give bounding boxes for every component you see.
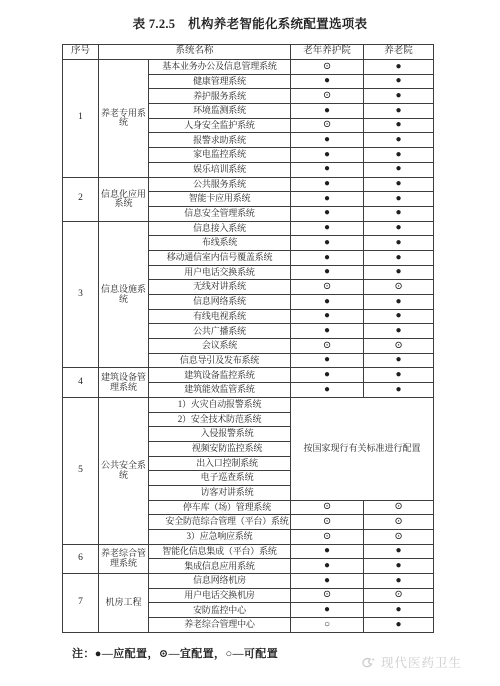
group-name-cell: 养老综合管理系统: [99, 544, 149, 573]
config-symbol-cell: ●: [364, 603, 434, 618]
config-symbol-cell: ●: [364, 265, 434, 280]
system-name-cell: 人身安全监护系统: [149, 118, 291, 133]
table-row: 4建筑设备管理系统建筑设备监控系统●●: [63, 368, 434, 383]
system-name-cell: 2）安全技术防范系统: [149, 412, 291, 427]
table-row: 5公共安全系统1）火灾自动报警系统按国家现行有关标准进行配置: [63, 397, 434, 412]
system-name-cell: 信息接入系统: [149, 221, 291, 236]
config-symbol-cell: ⊙: [291, 280, 364, 295]
config-symbol-cell: ●: [364, 368, 434, 383]
config-symbol-cell: ●: [364, 309, 434, 324]
config-symbol-cell: ⊙: [291, 339, 364, 354]
config-symbol-cell: ⊙: [364, 339, 434, 354]
row-number-cell: 2: [63, 177, 99, 221]
system-name-cell: 电子巡查系统: [149, 471, 291, 486]
system-name-cell: 视频安防监控系统: [149, 441, 291, 456]
config-symbol-cell: ●: [291, 162, 364, 177]
system-name-cell: 布线系统: [149, 236, 291, 251]
config-symbol-cell: ●: [291, 295, 364, 310]
row-number-cell: 1: [63, 60, 99, 178]
config-symbol-cell: ○: [291, 618, 364, 633]
system-name-cell: 无线对讲系统: [149, 280, 291, 295]
system-name-cell: 用户电话交换机房: [149, 588, 291, 603]
config-symbol-cell: ⊙: [364, 588, 434, 603]
group-name-cell: 公共安全系统: [99, 397, 149, 544]
config-symbol-cell: ⊙: [291, 515, 364, 530]
row-number-cell: 5: [63, 397, 99, 544]
system-name-cell: 有线电视系统: [149, 309, 291, 324]
config-symbol-cell: ●: [291, 603, 364, 618]
table-header: 序号 系统名称 老年养护院 养老院: [63, 45, 434, 60]
config-symbol-cell: ⊙: [291, 89, 364, 104]
config-symbol-cell: ●: [291, 236, 364, 251]
system-name-cell: 健康管理系统: [149, 74, 291, 89]
row-number-cell: 6: [63, 544, 99, 573]
table-row: 1养老专用系统基本业务办公及信息管理系统⊙●: [63, 60, 434, 75]
config-symbol-cell: ⊙: [364, 280, 434, 295]
group-name-cell: 信息设施系统: [99, 221, 149, 368]
system-name-cell: 公共服务系统: [149, 177, 291, 192]
config-symbol-cell: ⊙: [291, 530, 364, 545]
config-symbol-cell: ⊙: [291, 588, 364, 603]
system-name-cell: 基本业务办公及信息管理系统: [149, 60, 291, 75]
config-symbol-cell: ●: [291, 133, 364, 148]
config-symbol-cell: ●: [364, 221, 434, 236]
config-symbol-cell: ●: [364, 89, 434, 104]
system-name-cell: 建筑能效监管系统: [149, 383, 291, 398]
system-name-cell: 3）应急响应系统: [149, 530, 291, 545]
system-name-cell: 公共广播系统: [149, 324, 291, 339]
table-row: 6养老综合管理系统智能化信息集成（平台）系统●●: [63, 544, 434, 559]
config-symbol-cell: ●: [291, 148, 364, 163]
config-symbol-cell: ●: [364, 206, 434, 221]
config-symbol-cell: ●: [364, 250, 434, 265]
system-name-cell: 停车库（场）管理系统: [149, 500, 291, 515]
system-name-cell: 出入口控制系统: [149, 456, 291, 471]
config-symbol-cell: ⊙: [291, 118, 364, 133]
system-name-cell: 安防监控中心: [149, 603, 291, 618]
system-name-cell: 智能卡应用系统: [149, 192, 291, 207]
page-title: 表 7.2.5 机构养老智能化系统配置选项表: [0, 14, 500, 32]
config-symbol-cell: ●: [364, 618, 434, 633]
config-symbol-cell: ●: [291, 74, 364, 89]
merged-note-cell: 按国家现行有关标准进行配置: [291, 397, 434, 500]
group-name-cell: 信息化应用系统: [99, 177, 149, 221]
config-symbol-cell: ●: [364, 118, 434, 133]
header-nursing-home: 养老院: [364, 45, 434, 60]
config-symbol-cell: ⊙: [291, 60, 364, 75]
config-symbol-cell: ●: [291, 544, 364, 559]
config-symbol-cell: ●: [364, 383, 434, 398]
row-number-cell: 7: [63, 574, 99, 633]
config-table: 序号 系统名称 老年养护院 养老院 1养老专用系统基本业务办公及信息管理系统⊙●…: [62, 44, 434, 633]
config-symbol-cell: ●: [291, 383, 364, 398]
system-name-cell: 娱乐培训系统: [149, 162, 291, 177]
config-symbol-cell: ●: [364, 177, 434, 192]
watermark-text: 现代医药卫生: [381, 653, 462, 671]
watermark: 现代医药卫生: [360, 653, 462, 671]
table-row: 3信息设施系统信息接入系统●●: [63, 221, 434, 236]
config-symbol-cell: ●: [364, 148, 434, 163]
config-symbol-cell: ●: [364, 324, 434, 339]
config-symbol-cell: ●: [364, 104, 434, 119]
config-symbol-cell: ●: [291, 368, 364, 383]
group-name-cell: 建筑设备管理系统: [99, 368, 149, 397]
config-symbol-cell: ●: [364, 74, 434, 89]
system-name-cell: 养老综合管理中心: [149, 618, 291, 633]
config-table-body: 1养老专用系统基本业务办公及信息管理系统⊙●健康管理系统●●养护服务系统⊙●环境…: [63, 60, 434, 633]
config-symbol-cell: ⊙: [364, 530, 434, 545]
group-name-cell: 养老专用系统: [99, 60, 149, 178]
system-name-cell: 信息网络系统: [149, 295, 291, 310]
system-name-cell: 访客对讲系统: [149, 485, 291, 500]
system-name-cell: 信息导引及发布系统: [149, 353, 291, 368]
legend-note: 注：●—应配置，⊙—宜配置，○—可配置: [72, 645, 278, 661]
header-system-name: 系统名称: [99, 45, 291, 60]
header-elderly-care-home: 老年养护院: [291, 45, 364, 60]
system-name-cell: 报警求助系统: [149, 133, 291, 148]
config-symbol-cell: ●: [291, 353, 364, 368]
config-symbol-cell: ●: [291, 104, 364, 119]
table-row: 7机房工程信息网络机房●●: [63, 574, 434, 589]
config-symbol-cell: ●: [364, 353, 434, 368]
config-symbol-cell: ●: [364, 236, 434, 251]
config-symbol-cell: ●: [364, 162, 434, 177]
config-symbol-cell: ●: [291, 177, 364, 192]
header-no: 序号: [63, 45, 99, 60]
system-name-cell: 智能化信息集成（平台）系统: [149, 544, 291, 559]
system-name-cell: 会议系统: [149, 339, 291, 354]
system-name-cell: 建筑设备监控系统: [149, 368, 291, 383]
config-symbol-cell: ●: [364, 559, 434, 574]
system-name-cell: 安全防范综合管理（平台）系统: [149, 515, 291, 530]
config-symbol-cell: ●: [291, 309, 364, 324]
row-number-cell: 4: [63, 368, 99, 397]
system-name-cell: 家电监控系统: [149, 148, 291, 163]
config-symbol-cell: ⊙: [291, 500, 364, 515]
config-symbol-cell: ●: [291, 324, 364, 339]
system-name-cell: 用户电话交换系统: [149, 265, 291, 280]
row-number-cell: 3: [63, 221, 99, 368]
config-symbol-cell: ⊙: [364, 515, 434, 530]
config-symbol-cell: ●: [291, 206, 364, 221]
config-symbol-cell: ●: [364, 295, 434, 310]
system-name-cell: 集成信息应用系统: [149, 559, 291, 574]
config-symbol-cell: ⊙: [364, 500, 434, 515]
header-row: 序号 系统名称 老年养护院 养老院: [63, 45, 434, 60]
system-name-cell: 环境监测系统: [149, 104, 291, 119]
config-symbol-cell: ●: [364, 60, 434, 75]
system-name-cell: 信息网络机房: [149, 574, 291, 589]
system-name-cell: 入侵报警系统: [149, 427, 291, 442]
config-symbol-cell: ●: [291, 192, 364, 207]
watermark-logo-icon: [360, 655, 377, 670]
group-name-cell: 机房工程: [99, 574, 149, 633]
system-name-cell: 养护服务系统: [149, 89, 291, 104]
config-symbol-cell: ●: [291, 574, 364, 589]
system-name-cell: 移动通信室内信号覆盖系统: [149, 250, 291, 265]
config-symbol-cell: ●: [291, 250, 364, 265]
config-symbol-cell: ●: [364, 574, 434, 589]
config-symbol-cell: ●: [364, 192, 434, 207]
config-symbol-cell: ●: [291, 265, 364, 280]
system-name-cell: 1）火灾自动报警系统: [149, 397, 291, 412]
config-symbol-cell: ●: [364, 133, 434, 148]
table-row: 2信息化应用系统公共服务系统●●: [63, 177, 434, 192]
config-symbol-cell: ●: [291, 221, 364, 236]
system-name-cell: 信息安全管理系统: [149, 206, 291, 221]
config-symbol-cell: ●: [291, 559, 364, 574]
config-symbol-cell: ●: [364, 544, 434, 559]
